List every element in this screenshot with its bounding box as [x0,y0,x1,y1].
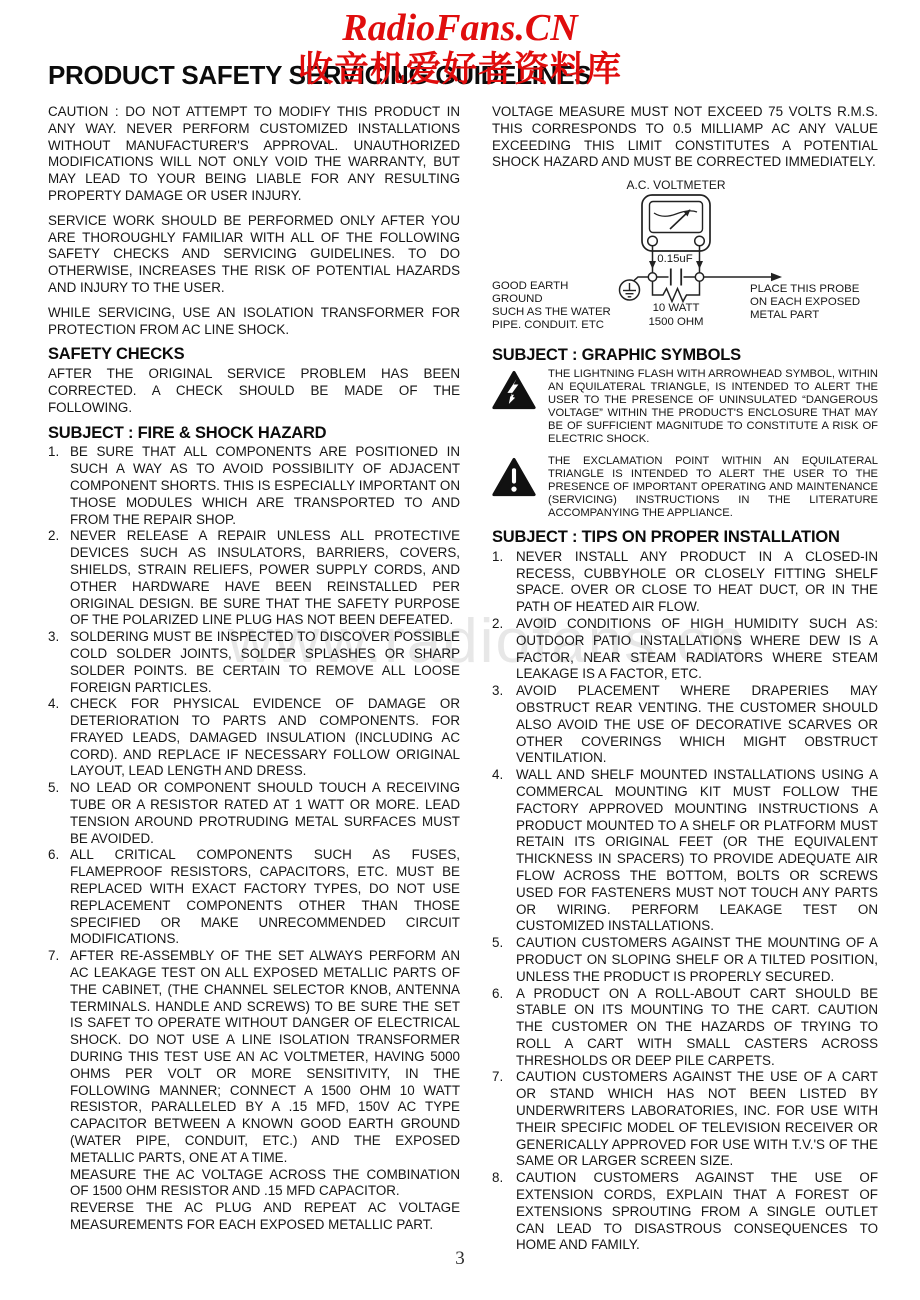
probe-label: PLACE THIS PROBE ON EACH EXPOSED METAL P… [750,283,878,322]
left-column: CAUTION : DO NOT ATTEMPT TO MODIFY THIS … [48,104,460,1234]
body-paragraph: SERVICE WORK SHOULD BE PERFORMED ONLY AF… [48,213,460,297]
list-item-text: CAUTION CUSTOMERS AGAINST THE USE OF A C… [516,1069,878,1168]
voltage-paragraph: VOLTAGE MEASURE MUST NOT EXCEED 75 VOLTS… [492,104,878,171]
capacitor-label: 0.15uF [642,253,708,266]
list-item: 6. A PRODUCT ON A ROLL-ABOUT CART SHOULD… [492,986,878,1070]
ac-leakage-test-diagram: A.C. VOLTMETER 0.15uF 10 WATT 1500 OHM G… [492,179,878,337]
section-heading-graphic-symbols: SUBJECT : GRAPHIC SYMBOLS [492,347,878,364]
list-item: 6. ALL CRITICAL COMPONENTS SUCH AS FUSES… [48,847,460,948]
list-item-text: AFTER RE-ASSEMBLY OF THE SET ALWAYS PERF… [70,948,460,1165]
body-paragraph: AFTER THE ORIGINAL SERVICE PROBLEM HAS B… [48,366,460,416]
tips-list: 1. NEVER INSTALL ANY PRODUCT IN A CLOSED… [492,549,878,1254]
section-heading-safety-checks: SAFETY CHECKS [48,346,460,363]
list-item-number: 1. [492,549,503,566]
list-item: 7. AFTER RE-ASSEMBLY OF THE SET ALWAYS P… [48,948,460,1166]
resistor-label: 10 WATT 1500 OHM [626,302,726,329]
list-item: REVERSE THE AC PLUG AND REPEAT AC VOLTAG… [48,1200,460,1234]
warning-exclamation: THE EXCLAMATION POINT WITHIN AN EQUILATE… [492,455,878,520]
list-item-number: 5. [492,935,503,952]
lightning-triangle-icon [492,368,536,446]
list-item: 1. BE SURE THAT ALL COMPONENTS ARE POSIT… [48,444,460,528]
list-item-number: 1. [48,444,59,461]
list-item-number: 8. [492,1170,503,1187]
list-item-number: 2. [48,528,59,545]
list-item-text: A PRODUCT ON A ROLL-ABOUT CART SHOULD BE… [516,986,878,1068]
list-item: 3. SOLDERING MUST BE INSPECTED TO DISCOV… [48,629,460,696]
list-item-text: SOLDERING MUST BE INSPECTED TO DISCOVER … [70,629,460,694]
list-item-number: 4. [492,767,503,784]
list-item-text: WALL AND SHELF MOUNTED INSTALLATIONS USI… [516,767,878,933]
section-heading-tips: SUBJECT : TIPS ON PROPER INSTALLATION [492,529,878,546]
list-item-text: NO LEAD OR COMPONENT SHOULD TOUCH A RECE… [70,780,460,845]
warning-text: THE EXCLAMATION POINT WITHIN AN EQUILATE… [548,455,878,520]
list-item-number: 3. [492,683,503,700]
ground-label: GOOD EARTH GROUND SUCH AS THE WATER PIPE… [492,280,622,332]
page-number: 3 [0,1248,920,1270]
list-item-text: CHECK FOR PHYSICAL EVIDENCE OF DAMAGE OR… [70,696,460,778]
list-item-text: CAUTION CUSTOMERS AGAINST THE USE OF EXT… [516,1170,878,1252]
list-item: 4. CHECK FOR PHYSICAL EVIDENCE OF DAMAGE… [48,696,460,780]
list-item: 5. CAUTION CUSTOMERS AGAINST THE MOUNTIN… [492,935,878,985]
list-item-number: 7. [492,1069,503,1086]
list-item-text: MEASURE THE AC VOLTAGE ACROSS THE COMBIN… [70,1167,460,1199]
list-item-number: 5. [48,780,59,797]
list-item-text: NEVER INSTALL ANY PRODUCT IN A CLOSED-IN… [516,549,878,614]
list-item: 2. NEVER RELEASE A REPAIR UNLESS ALL PRO… [48,528,460,629]
warning-lightning: THE LIGHTNING FLASH WITH ARROWHEAD SYMBO… [492,368,878,446]
body-paragraph: WHILE SERVICING, USE AN ISOLATION TRANSF… [48,305,460,339]
list-item: 8. CAUTION CUSTOMERS AGAINST THE USE OF … [492,1170,878,1254]
list-item-number: 3. [48,629,59,646]
document-page: www.radiofans.cn RadioFans.CN 收音机爱好者资料库 … [0,0,920,1300]
list-item: 7. CAUTION CUSTOMERS AGAINST THE USE OF … [492,1069,878,1170]
list-item: 2. AVOID CONDITIONS OF HIGH HUMIDITY SUC… [492,616,878,683]
list-item: 4. WALL AND SHELF MOUNTED INSTALLATIONS … [492,767,878,935]
list-item: 5. NO LEAD OR COMPONENT SHOULD TOUCH A R… [48,780,460,847]
list-item-text: BE SURE THAT ALL COMPONENTS ARE POSITION… [70,444,460,526]
warning-text: THE LIGHTNING FLASH WITH ARROWHEAD SYMBO… [548,368,878,446]
list-item-number: 2. [492,616,503,633]
list-item-text: AVOID PLACEMENT WHERE DRAPERIES MAY OBST… [516,683,878,765]
list-item: MEASURE THE AC VOLTAGE ACROSS THE COMBIN… [48,1167,460,1201]
list-item-text: REVERSE THE AC PLUG AND REPEAT AC VOLTAG… [70,1200,460,1232]
list-item-text: NEVER RELEASE A REPAIR UNLESS ALL PROTEC… [70,528,460,627]
list-item-number: 7. [48,948,59,965]
list-item-number: 6. [492,986,503,1003]
list-item-text: AVOID CONDITIONS OF HIGH HUMIDITY SUCH A… [516,616,878,681]
exclamation-triangle-icon [492,455,536,520]
intro-paragraphs: CAUTION : DO NOT ATTEMPT TO MODIFY THIS … [48,104,460,338]
site-tagline-text: 收音机爱好者资料库 [0,42,920,92]
meter-label: A.C. VOLTMETER [596,179,756,192]
list-item: 1. NEVER INSTALL ANY PRODUCT IN A CLOSED… [492,549,878,616]
body-paragraph: CAUTION : DO NOT ATTEMPT TO MODIFY THIS … [48,104,460,205]
section-heading-fire-shock: SUBJECT : FIRE & SHOCK HAZARD [48,425,460,442]
list-item-text: ALL CRITICAL COMPONENTS SUCH AS FUSES, F… [70,847,460,946]
list-item-number: 4. [48,696,59,713]
resistor-symbol [653,281,700,301]
list-item-number: 6. [48,847,59,864]
list-item-text: CAUTION CUSTOMERS AGAINST THE MOUNTING O… [516,935,878,984]
list-item: 3. AVOID PLACEMENT WHERE DRAPERIES MAY O… [492,683,878,767]
fire-shock-list: 1. BE SURE THAT ALL COMPONENTS ARE POSIT… [48,444,460,1233]
right-column: VOLTAGE MEASURE MUST NOT EXCEED 75 VOLTS… [492,104,878,1254]
